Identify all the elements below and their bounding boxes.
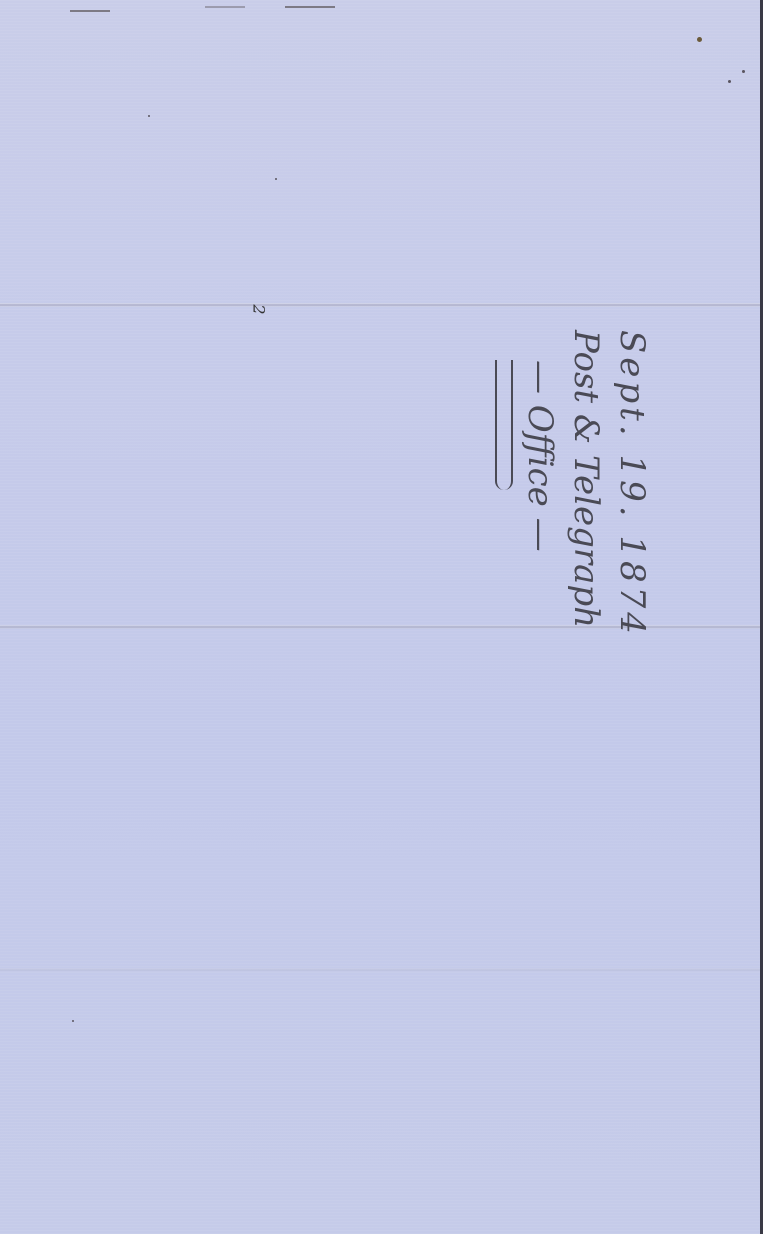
page-number-mark: 2 bbox=[250, 304, 269, 314]
fold-line bbox=[0, 303, 760, 307]
ink-speck bbox=[697, 37, 702, 42]
fold-line bbox=[0, 968, 760, 972]
document-page: 2 Sept. 19. 1874 Post & Telegraph — Offi… bbox=[0, 0, 760, 1234]
docket-office: — Office — bbox=[517, 330, 563, 650]
ink-mark bbox=[285, 6, 335, 8]
ink-mark bbox=[205, 6, 245, 8]
docket-annotation: Sept. 19. 1874 Post & Telegraph — Office… bbox=[495, 330, 655, 650]
docket-sender: Post & Telegraph bbox=[563, 330, 609, 650]
docket-date: Sept. 19. 1874 bbox=[609, 330, 655, 650]
ink-speck bbox=[728, 80, 731, 83]
flourish-mark bbox=[495, 360, 513, 490]
ink-speck bbox=[742, 70, 745, 73]
ink-speck bbox=[148, 115, 150, 117]
ink-mark bbox=[70, 10, 110, 12]
ink-speck bbox=[275, 178, 277, 180]
ink-speck bbox=[72, 1020, 74, 1022]
